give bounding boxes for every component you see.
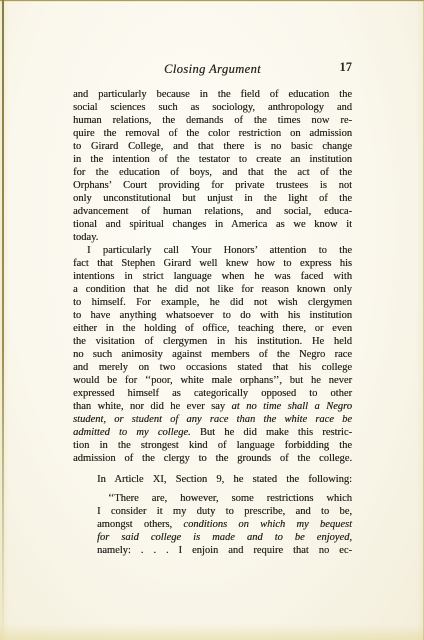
text-line: the visitation of clergymen in his insti… <box>73 335 352 348</box>
text-line: social sciences such as sociology, anthr… <box>73 101 352 114</box>
paragraph: In Article XI, Section 9, he stated the … <box>73 473 352 486</box>
text-line: fact that Stephen Girard well knew how t… <box>73 257 352 270</box>
header-title: Closing Argument <box>164 62 261 76</box>
text-line: admission of the clergy to the grounds o… <box>73 452 352 465</box>
paragraph: and particularly because in the field of… <box>73 88 352 244</box>
text-line: either in the holding of office, teachin… <box>73 322 352 335</box>
running-head: Closing Argument 17 <box>73 60 352 76</box>
text-line: I consider it my duty to prescribe, and … <box>97 505 352 518</box>
text-line: in the intention of the testator to crea… <box>73 153 352 166</box>
text-line: human relations, the demands of the time… <box>73 114 352 127</box>
text-block: and particularly because in the field of… <box>73 88 352 557</box>
text-line: expressed himself as categorically oppos… <box>73 387 352 400</box>
text-line: quire the removal of the color restricti… <box>73 127 352 140</box>
text-line: tion in the strongest kind of language f… <box>73 439 352 452</box>
text-line: and merely on two occasions stated that … <box>73 361 352 374</box>
text-line: admitted to my college. But he did make … <box>73 426 352 439</box>
text-line: today. <box>73 231 352 244</box>
text-line: for the education of boys, and that the … <box>73 166 352 179</box>
text-line: for said college is made and to be enjoy… <box>97 531 352 544</box>
text-line: intentions in strict language when he wa… <box>73 270 352 283</box>
text-line: than white, nor did he ever say at no ti… <box>73 400 352 413</box>
document-page: Closing Argument 17 and particularly bec… <box>0 0 424 640</box>
paragraph: I particularly call Your Honors’ attenti… <box>73 244 352 465</box>
text-line: ‘‘There are, however, some restrictions … <box>97 492 352 505</box>
scan-top-edge <box>0 0 424 1</box>
text-line: a condition that he did not like for rea… <box>73 283 352 296</box>
scan-left-edge <box>2 0 4 640</box>
text-line: namely: . . . I enjoin and require that … <box>97 544 352 557</box>
blockquote-paragraph: ‘‘There are, however, some restrictions … <box>97 492 352 557</box>
text-line: to Girard College, and that there is no … <box>73 140 352 153</box>
text-line: In Article XI, Section 9, he stated the … <box>73 473 352 486</box>
text-line: Orphans’ Court providing for private tru… <box>73 179 352 192</box>
text-line: student, or student of any race than the… <box>73 413 352 426</box>
text-line: would be for ‘‘poor, white male orphans’… <box>73 374 352 387</box>
text-line: to have anything whatsoever to do with h… <box>73 309 352 322</box>
text-line: tional and spiritual changes in America … <box>73 218 352 231</box>
text-line: and particularly because in the field of… <box>73 88 352 101</box>
text-line: only unconstitutional but unjust in the … <box>73 192 352 205</box>
text-line: amongst others, conditions on which my b… <box>97 518 352 531</box>
text-line: I particularly call Your Honors’ attenti… <box>73 244 352 257</box>
text-line: advancement of human relations, and soci… <box>73 205 352 218</box>
text-line: no such animosity against members of the… <box>73 348 352 361</box>
page-number: 17 <box>340 60 353 75</box>
text-line: to himself. For example, he did not wish… <box>73 296 352 309</box>
